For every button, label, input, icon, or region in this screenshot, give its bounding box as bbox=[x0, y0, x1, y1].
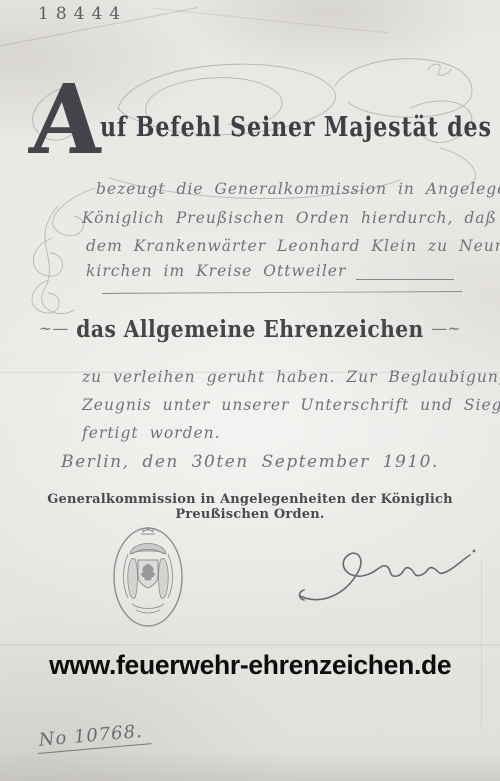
award-title-text: das Allgemeine Ehrenzeichen bbox=[76, 316, 423, 343]
award-title: ~— das Allgemeine Ehrenzeichen —~ bbox=[0, 316, 500, 343]
ornament-dash-left: ~— bbox=[39, 318, 69, 339]
intro-line: bezeugt die Generalkommission in Angeleg… bbox=[96, 180, 500, 198]
intro-line: Königlich Preußischen Orden hierdurch, d… bbox=[82, 209, 500, 227]
signature-scribble-icon bbox=[296, 540, 480, 612]
stamp-number: 18444 bbox=[38, 4, 127, 24]
issuer-line: Generalkommission in Angelegenheiten der… bbox=[0, 492, 500, 522]
intro-line: kirchen im Kreise Ottweiler bbox=[86, 262, 454, 280]
ornament-dash-right: —~ bbox=[431, 318, 461, 339]
fill-in-blank-line bbox=[356, 265, 454, 280]
watermark-url: www.feuerwehr-ehrenzeichen.de bbox=[0, 650, 500, 681]
certificate-document: 18444 A uf Befehl Seiner Majestät des Kö… bbox=[0, 0, 500, 781]
intro-line: dem Krankenwärter Leonhard Klein zu Neun… bbox=[86, 237, 500, 255]
fold-crease bbox=[0, 644, 500, 646]
closing-line: Zeugnis unter unserer Unterschrift und S… bbox=[82, 396, 500, 414]
heading-initial: A bbox=[28, 72, 105, 168]
closing-line: zu verleihen geruht haben. Zur Beglaubig… bbox=[82, 368, 500, 386]
closing-line: fertigt worden. bbox=[82, 424, 221, 442]
date-line: Berlin, den 30ten September 1910. bbox=[0, 452, 500, 472]
page-title: uf Befehl Seiner Majestät des Königs bbox=[100, 112, 500, 143]
intro-line-text: kirchen im Kreise Ottweiler bbox=[86, 262, 346, 280]
royal-seal-icon bbox=[110, 524, 186, 630]
serial-number: No 10768. bbox=[36, 720, 152, 754]
divider-rule bbox=[102, 291, 462, 294]
fold-crease bbox=[481, 560, 482, 730]
fold-crease bbox=[151, 7, 390, 33]
